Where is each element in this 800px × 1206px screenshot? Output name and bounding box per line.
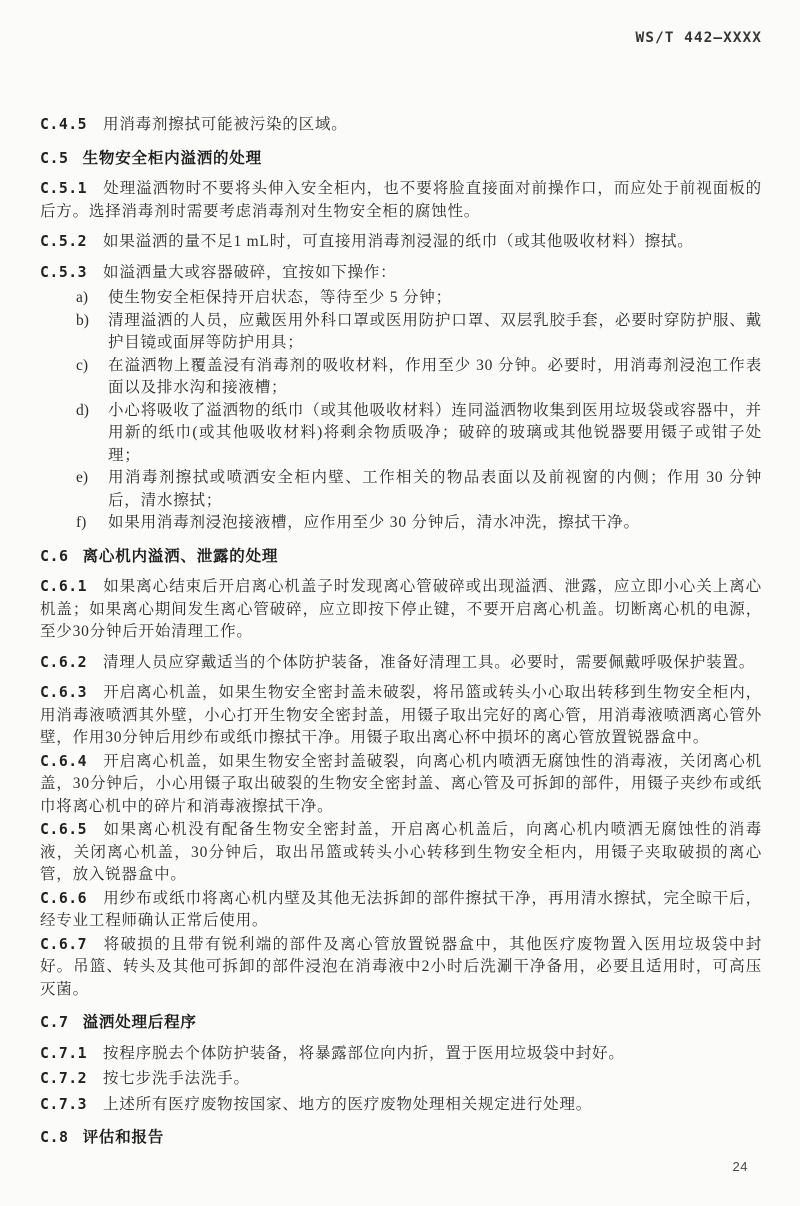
clause-paragraph: C.6.1如果离心结束后开启离心机盖子时发现离心管破碎或出现溢洒、泄露，应立即小… xyxy=(40,576,762,644)
list-item: a)使生物安全柜保持开启状态，等待至少 5 分钟； xyxy=(40,287,762,310)
list-item-text: 如果用消毒剂浸泡接液槽，应作用至少 30 分钟后，清水冲洗，擦拭干净。 xyxy=(108,514,640,531)
section-heading: C.5生物安全柜内溢洒的处理 xyxy=(40,147,762,171)
clause-number: C.6.5 xyxy=(40,821,87,838)
clause-text: 上述所有医疗废物按国家、地方的医疗废物处理相关规定进行处理。 xyxy=(103,1096,592,1113)
clause-paragraph: C.6.4开启离心机盖，如果生物安全密封盖破裂，向离心机内喷洒无腐蚀性的消毒液，… xyxy=(40,751,762,819)
list-item: b)清理溢洒的人员，应戴医用外科口罩或医用防护口罩、双层乳胶手套，必要时穿防护服… xyxy=(40,310,762,355)
document-page: WS/T 442—XXXX C.4.5用消毒剂擦拭可能被污染的区域。 C.5生物… xyxy=(0,0,800,1206)
clause-text: 按程序脱去个体防护装备，将暴露部位向内折，置于医用垃圾袋中封好。 xyxy=(103,1045,625,1062)
clause-text: 按七步洗手法洗手。 xyxy=(103,1070,250,1087)
page-number: 24 xyxy=(733,1159,748,1174)
section-number: C.6 xyxy=(40,547,69,565)
list-item: f)如果用消毒剂浸泡接液槽，应作用至少 30 分钟后，清水冲洗，擦拭干净。 xyxy=(40,512,762,535)
clause-number: C.6.3 xyxy=(40,684,87,701)
clause-number: C.6.7 xyxy=(40,936,87,953)
clause-paragraph: C.5.3如溢洒量大或容器破碎，宜按如下操作： xyxy=(40,262,762,285)
clause-text: 如果溢洒的量不足1 mL时，可直接用消毒剂浸湿的纸巾（或其他吸收材料）擦拭。 xyxy=(103,233,694,250)
clause-number: C.7.2 xyxy=(40,1070,87,1087)
list-marker: d) xyxy=(76,400,89,423)
clause-text: 如果离心结束后开启离心机盖子时发现离心管破碎或出现溢洒、泄露，应立即小心关上离心… xyxy=(40,578,762,640)
clause-paragraph: C.7.1按程序脱去个体防护装备，将暴露部位向内折，置于医用垃圾袋中封好。 xyxy=(40,1043,762,1066)
clause-paragraph: C.7.2按七步洗手法洗手。 xyxy=(40,1068,762,1091)
list-marker: b) xyxy=(76,310,89,333)
clause-paragraph: C.5.2如果溢洒的量不足1 mL时，可直接用消毒剂浸湿的纸巾（或其他吸收材料）… xyxy=(40,231,762,254)
section-title: 溢洒处理后程序 xyxy=(83,1014,197,1031)
list-marker: c) xyxy=(76,355,88,378)
clause-paragraph: C.6.7将破损的且带有锐利端的部件及离心管放置锐器盒中，其他医疗废物置入医用垃… xyxy=(40,934,762,1002)
clause-text: 用消毒剂擦拭可能被污染的区域。 xyxy=(103,116,348,133)
clause-number: C.6.6 xyxy=(40,890,87,907)
list-marker: e) xyxy=(76,467,88,490)
clause-text: 如果离心机没有配备生物安全密封盖，开启离心机盖后，向离心机内喷洒无腐蚀性的消毒液… xyxy=(40,821,762,883)
clause-text: 如溢洒量大或容器破碎，宜按如下操作： xyxy=(103,264,396,281)
section-title: 评估和报告 xyxy=(83,1129,165,1146)
clause-paragraph: C.7.3上述所有医疗废物按国家、地方的医疗废物处理相关规定进行处理。 xyxy=(40,1094,762,1117)
clause-text: 处理溢洒物时不要将头伸入安全柜内，也不要将脸直接面对前操作口，而应处于前视面板的… xyxy=(40,180,762,220)
clause-number: C.6.4 xyxy=(40,753,87,770)
section-number: C.5 xyxy=(40,149,69,167)
list-item-text: 用消毒剂擦拭或喷洒安全柜内壁、工作相关的物品表面以及前视窗的内侧；作用 30 分… xyxy=(108,469,762,509)
section-title: 生物安全柜内溢洒的处理 xyxy=(83,150,262,167)
list-item-text: 在溢洒物上覆盖浸有消毒剂的吸收材料，作用至少 30 分钟。必要时，用消毒剂浸泡工… xyxy=(108,357,762,397)
list-item-text: 使生物安全柜保持开启状态，等待至少 5 分钟； xyxy=(108,289,452,306)
list-marker: a) xyxy=(76,287,88,310)
clause-text: 开启离心机盖，如果生物安全密封盖未破裂，将吊篮或转头小心取出转移到生物安全柜内，… xyxy=(40,684,762,746)
clause-text: 清理人员应穿戴适当的个体防护装备，准备好清理工具。必要时，需要佩戴呼吸保护装置。 xyxy=(103,654,755,671)
clause-number: C.6.2 xyxy=(40,654,87,671)
clause-number: C.7.1 xyxy=(40,1045,87,1062)
clause-number: C.7.3 xyxy=(40,1096,87,1113)
list-marker: f) xyxy=(76,512,86,535)
list-item: e)用消毒剂擦拭或喷洒安全柜内壁、工作相关的物品表面以及前视窗的内侧；作用 30… xyxy=(40,467,762,512)
section-heading: C.6离心机内溢洒、泄露的处理 xyxy=(40,545,762,569)
ordered-letter-list: a)使生物安全柜保持开启状态，等待至少 5 分钟； b)清理溢洒的人员，应戴医用… xyxy=(40,287,762,535)
clause-paragraph: C.6.6用纱布或纸巾将离心机内壁及其他无法拆卸的部件擦拭干净，再用清水擦拭，完… xyxy=(40,888,762,933)
list-item: c)在溢洒物上覆盖浸有消毒剂的吸收材料，作用至少 30 分钟。必要时，用消毒剂浸… xyxy=(40,355,762,400)
section-number: C.8 xyxy=(40,1128,69,1146)
clause-paragraph: C.6.3开启离心机盖，如果生物安全密封盖未破裂，将吊篮或转头小心取出转移到生物… xyxy=(40,682,762,750)
document-header-code: WS/T 442—XXXX xyxy=(40,28,762,48)
clause-number: C.5.2 xyxy=(40,233,87,250)
section-heading: C.8评估和报告 xyxy=(40,1126,762,1150)
clause-number: C.4.5 xyxy=(40,116,87,133)
list-item: d)小心将吸收了溢洒物的纸巾（或其他吸收材料）连同溢洒物收集到医用垃圾袋或容器中… xyxy=(40,400,762,468)
section-number: C.7 xyxy=(40,1013,69,1031)
clause-number: C.5.3 xyxy=(40,264,87,281)
list-item-text: 清理溢洒的人员，应戴医用外科口罩或医用防护口罩、双层乳胶手套，必要时穿防护服、戴… xyxy=(108,312,762,352)
clause-number: C.6.1 xyxy=(40,578,87,595)
clause-text: 开启离心机盖，如果生物安全密封盖破裂，向离心机内喷洒无腐蚀性的消毒液，关闭离心机… xyxy=(40,753,762,815)
list-item-text: 小心将吸收了溢洒物的纸巾（或其他吸收材料）连同溢洒物收集到医用垃圾袋或容器中，并… xyxy=(108,402,762,464)
clause-paragraph: C.4.5用消毒剂擦拭可能被污染的区域。 xyxy=(40,114,762,137)
clause-text: 将破损的且带有锐利端的部件及离心管放置锐器盒中，其他医疗废物置入医用垃圾袋中封好… xyxy=(40,936,762,998)
section-heading: C.7溢洒处理后程序 xyxy=(40,1011,762,1035)
clause-number: C.5.1 xyxy=(40,180,87,197)
clause-paragraph: C.6.5如果离心机没有配备生物安全密封盖，开启离心机盖后，向离心机内喷洒无腐蚀… xyxy=(40,819,762,887)
clause-paragraph: C.6.2清理人员应穿戴适当的个体防护装备，准备好清理工具。必要时，需要佩戴呼吸… xyxy=(40,652,762,675)
clause-text: 用纱布或纸巾将离心机内壁及其他无法拆卸的部件擦拭干净，再用清水擦拭，完全晾干后，… xyxy=(40,890,762,930)
section-title: 离心机内溢洒、泄露的处理 xyxy=(83,548,279,565)
clause-paragraph: C.5.1处理溢洒物时不要将头伸入安全柜内，也不要将脸直接面对前操作口，而应处于… xyxy=(40,178,762,223)
